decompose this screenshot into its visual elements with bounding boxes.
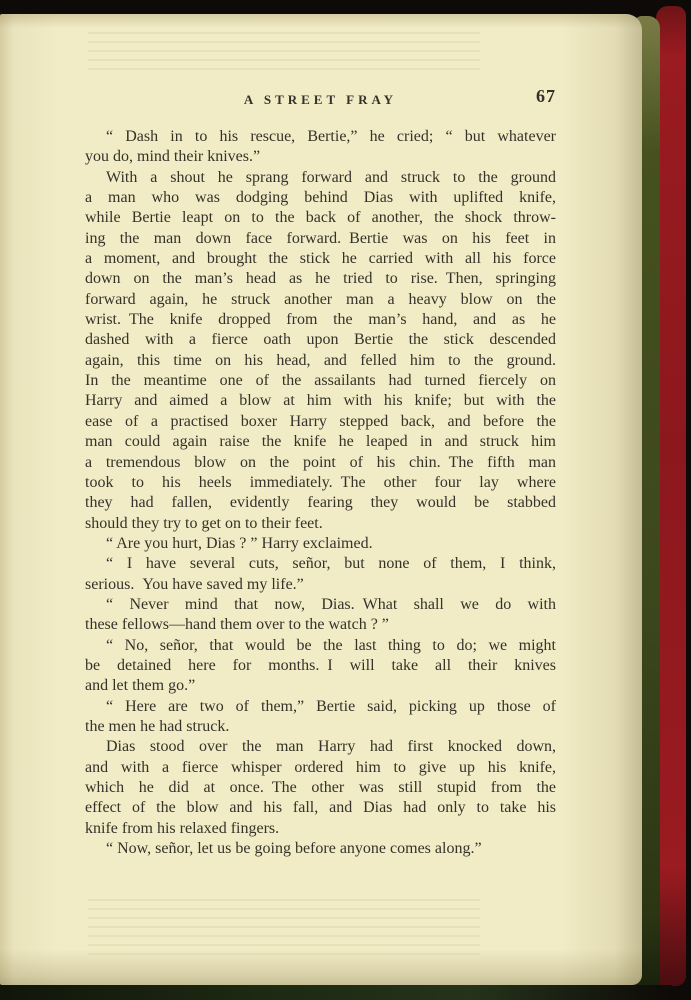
text-line: you do, mind their knives.” [85,147,556,167]
text-line: ing the man down face forward. Bertie wa… [85,229,556,249]
page-texture-bottom [88,899,480,959]
paragraph: Dias stood over the man Harry had first … [85,737,556,839]
text-line: a tremendous blow on the point of his ch… [85,453,556,473]
text-line: dashed with a fierce oath upon Bertie th… [85,330,556,350]
text-line: be detained here for months. I will take… [85,656,556,676]
text-line: down on the man’s head as he tried to ri… [85,269,556,289]
text-line: and let them go.” [85,676,556,696]
text-line: “ Dash in to his rescue, Bertie,” he cri… [85,127,556,147]
text-line: again, this time on his head, and felled… [85,351,556,371]
text-line: the men he had struck. [85,717,556,737]
text-line: “ No, señor, that would be the last thin… [85,636,556,656]
paragraph: “ Are you hurt, Dias ? ” Harry exclaimed… [85,534,556,554]
paragraph: “ Never mind that now, Dias. What shall … [85,595,556,636]
text-line: which he did at once. The other was stil… [85,778,556,798]
text-line: Dias stood over the man Harry had first … [85,737,556,757]
paragraph: “ Here are two of them,” Bertie said, pi… [85,697,556,738]
text-line: With a shout he sprang forward and struc… [85,168,556,188]
text-line: these fellows—hand them over to the watc… [85,615,556,635]
text-line: and with a fierce whisper ordered him to… [85,758,556,778]
text-line: Harry and aimed a blow at him with his k… [85,391,556,411]
paragraph: “ Now, señor, let us be going before any… [85,839,556,859]
text-line: ease of a practised boxer Harry stepped … [85,412,556,432]
page-text: “ Dash in to his rescue, Bertie,” he cri… [85,127,556,859]
book-page: A STREET FRAY 67 “ Dash in to his rescue… [0,14,642,985]
text-line: a moment, and brought the stick he carri… [85,249,556,269]
text-line: wrist. The knife dropped from the man’s … [85,310,556,330]
page-number: 67 [536,86,556,107]
running-title: A STREET FRAY [244,92,397,108]
text-line: forward again, he struck another man a h… [85,290,556,310]
paragraph: “ No, señor, that would be the last thin… [85,636,556,697]
book-scan: A STREET FRAY 67 “ Dash in to his rescue… [0,0,691,1000]
text-line: knife from his relaxed fingers. [85,819,556,839]
text-line: should they try to get on to their feet. [85,514,556,534]
text-line: serious. You have saved my life.” [85,575,556,595]
text-line: a man who was dodging behind Dias with u… [85,188,556,208]
text-line: “ Are you hurt, Dias ? ” Harry exclaimed… [85,534,556,554]
text-line: In the meantime one of the assailants ha… [85,371,556,391]
page-header: A STREET FRAY 67 [85,90,556,114]
paragraph: “ I have several cuts, señor, but none o… [85,554,556,595]
paragraph: With a shout he sprang forward and struc… [85,168,556,534]
text-line: while Bertie leapt on to the back of ano… [85,208,556,228]
text-line: “ I have several cuts, señor, but none o… [85,554,556,574]
book-red-binding [656,6,686,986]
page-texture-top [88,32,480,76]
text-line: man could again raise the knife he leape… [85,432,556,452]
text-line: “ Here are two of them,” Bertie said, pi… [85,697,556,717]
text-line: they had fallen, evidently fearing they … [85,493,556,513]
text-line: “ Never mind that now, Dias. What shall … [85,595,556,615]
text-line: “ Now, señor, let us be going before any… [85,839,556,859]
paragraph: “ Dash in to his rescue, Bertie,” he cri… [85,127,556,168]
text-line: effect of the blow and his fall, and Dia… [85,798,556,818]
text-line: took to his heels immediately. The other… [85,473,556,493]
book-bottom-edge [0,985,672,1000]
